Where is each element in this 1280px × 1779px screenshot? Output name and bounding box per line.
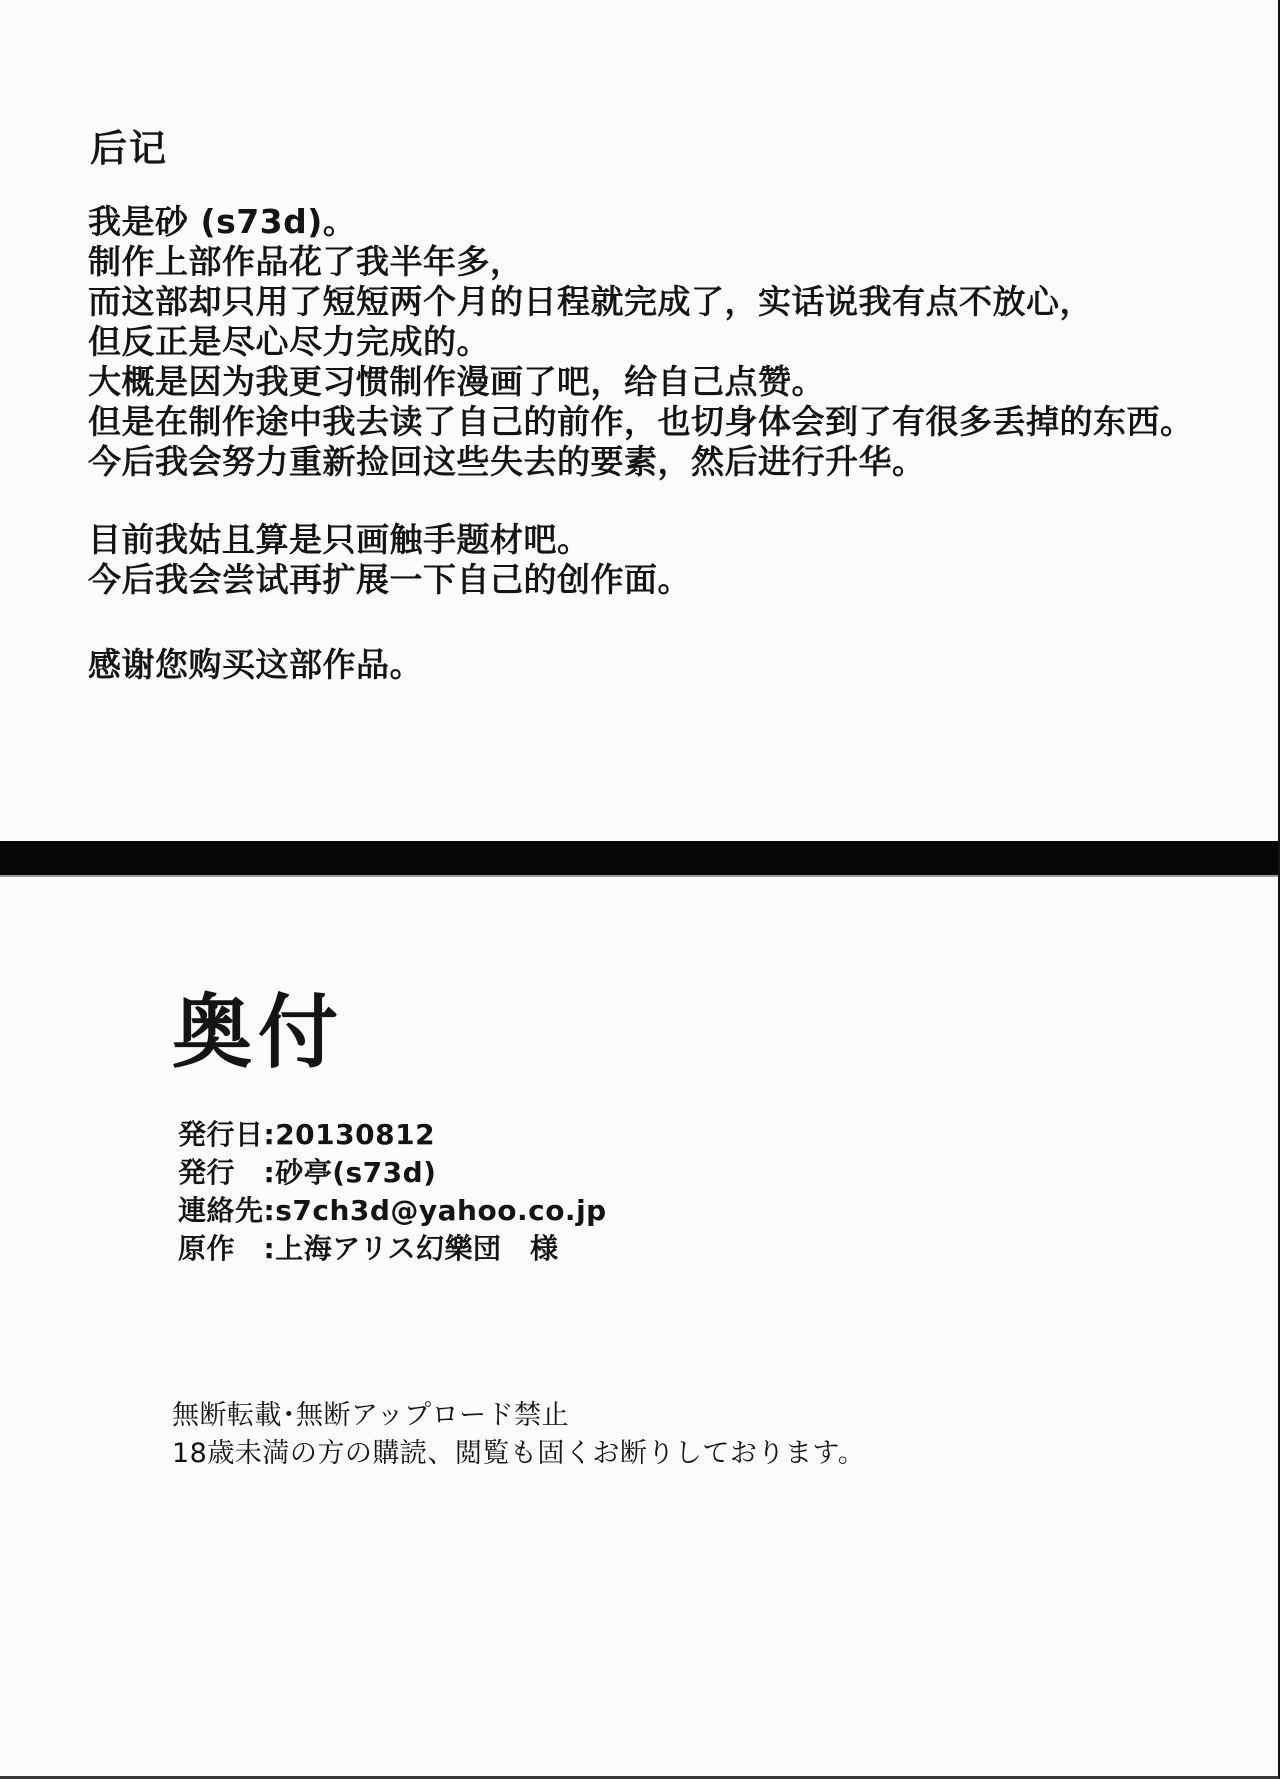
- colophon-line-publish-date: 発行日:20130812: [178, 1116, 607, 1154]
- afterword-line: 今后我会尝试再扩展一下自己的创作面。: [88, 560, 691, 600]
- doujin-afterword-page: 后记 我是砂 (s73d)。 制作上部作品花了我半年多， 而这部却只用了短短两个…: [0, 0, 1280, 1779]
- afterword-line: 大概是因为我更习惯制作漫画了吧，给自己点赞。: [88, 362, 1194, 402]
- afterword-line: 目前我姑且算是只画触手题材吧。: [88, 520, 691, 560]
- afterword-line: 制作上部作品花了我半年多，: [88, 242, 1194, 282]
- afterword-paragraph-1: 我是砂 (s73d)。 制作上部作品花了我半年多， 而这部却只用了短短两个月的日…: [88, 202, 1194, 482]
- afterword-line: 我是砂 (s73d)。: [88, 202, 1194, 242]
- afterword-line: 但是在制作途中我去读了自己的前作，也切身体会到了有很多丢掉的东西。: [88, 402, 1194, 442]
- colophon-title: 奥付: [172, 968, 344, 1083]
- afterword-paragraph-3: 感谢您购买这部作品。: [88, 645, 423, 685]
- colophon-line-original-work: 原作 :上海アリス幻樂団 様: [178, 1230, 607, 1268]
- afterword-line: 而这部却只用了短短两个月的日程就完成了，实话说我有点不放心，: [88, 282, 1194, 322]
- afterword-paragraph-2: 目前我姑且算是只画触手题材吧。 今后我会尝试再扩展一下自己的创作面。: [88, 520, 691, 600]
- colophon-line-contact: 連絡先:s7ch3d@yahoo.co.jp: [178, 1192, 607, 1230]
- afterword-title: 后记: [90, 118, 168, 172]
- afterword-line: 今后我会努力重新捡回这些失去的要素，然后进行升华。: [88, 442, 1194, 482]
- colophon-notices: 無断転載･無断アップロード禁止 18歳未満の方の購読、閲覧も固くお断りしておりま…: [172, 1397, 865, 1473]
- afterword-line: 但反正是尽心尽力完成的。: [88, 322, 1194, 362]
- notice-line-no-reupload: 無断転載･無断アップロード禁止: [172, 1397, 865, 1435]
- colophon-line-publisher: 発行 :砂亭(s73d): [178, 1154, 607, 1192]
- section-divider-bar: [0, 841, 1278, 877]
- notice-line-age-restriction: 18歳未満の方の購読、閲覧も固くお断りしております。: [172, 1435, 865, 1473]
- colophon-info: 発行日:20130812 発行 :砂亭(s73d) 連絡先:s7ch3d@yah…: [178, 1116, 607, 1268]
- afterword-line: 感谢您购买这部作品。: [88, 645, 423, 685]
